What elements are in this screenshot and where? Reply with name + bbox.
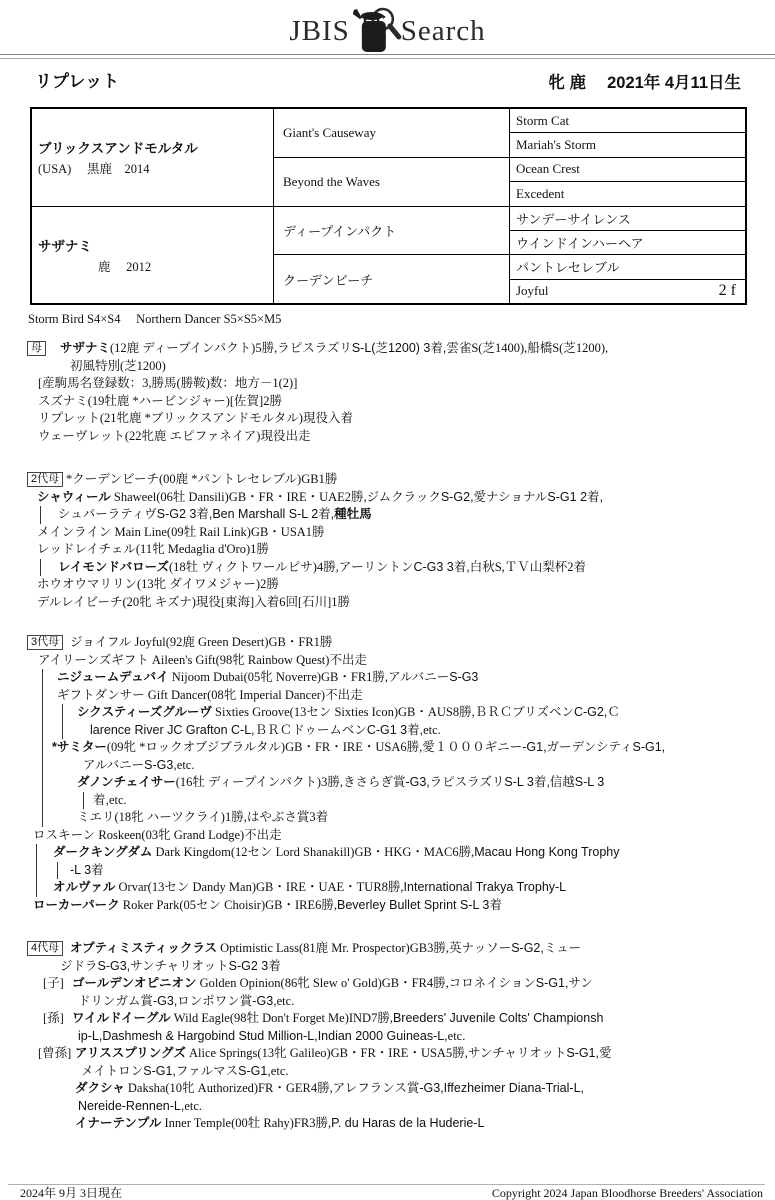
pedigree-line: ダクシャ Daksha(10牝 Authorized)FR・GER4勝,アレフラ… bbox=[0, 1080, 775, 1098]
tree-connector-bar bbox=[36, 862, 37, 880]
pedigree-text: ドリンガム賞-G3,ロンポワン賞-G3, bbox=[78, 994, 277, 1008]
pedigree-text: *クーデンビーチ(00鹿 *パントレセレブル)GB1勝 bbox=[66, 472, 337, 486]
pedigree-text: International Trakya Trophy-L bbox=[404, 880, 567, 894]
pedigree-line: ニジュームデュバイ Nijoom Dubai(05牝 Noverre)GB・FR… bbox=[0, 669, 775, 687]
pedigree-line: サザナミ(12鹿 ディープインパクト)5勝,ラピスラズリS-L(芝1200) 3… bbox=[0, 340, 775, 358]
pedigree-section: 2代母*クーデンビーチ(00鹿 *パントレセレブル)GB1勝シャウィール Sha… bbox=[0, 471, 775, 611]
tree-connector-bar bbox=[42, 687, 43, 705]
pedigree-text: Alice Springs(13牝 Galileo)GB・FR・IRE・USA5… bbox=[186, 1046, 468, 1060]
footer-rule bbox=[8, 1184, 765, 1185]
tree-connector-bar bbox=[42, 704, 43, 722]
pedigree-text: デルレイビーチ(20牝 キズナ)現役[東海]入着6回[石川]1勝 bbox=[37, 595, 350, 609]
pedigree-line: メインライン Main Line(09牡 Rail Link)GB・USA1勝 bbox=[0, 524, 775, 542]
pedigree-line: *サミター(09牝 *ロックオブジブラルタル)GB・FR・IRE・USA6勝,愛… bbox=[0, 739, 775, 757]
pedigree-line: [産駒馬名登録数：3,勝馬(勝鞍)数：地方－1(2)] bbox=[0, 375, 775, 393]
pedigree-text: Shaweel(06牡 Dansili)GB・FR・IRE・UAE2勝, bbox=[111, 490, 367, 504]
pedigree-text: ジドラS-G3,サンチャリオットS-G2 3着 bbox=[60, 959, 281, 973]
pedigree-text: アルバニーS-G3, bbox=[83, 758, 177, 772]
pedigree-line: オプティミスティックラス Optimistic Lass(81鹿 Mr. Pro… bbox=[0, 940, 775, 958]
pedigree-line: ジドラS-G3,サンチャリオットS-G2 3着 bbox=[0, 958, 775, 976]
pedigree-text: レッドレイチェル(11牝 Medaglia d'Oro)1勝 bbox=[37, 542, 269, 556]
pedigree-line: レイモンドバローズ(18牡 ヴィクトワールピサ)4勝,アーリントンC-G3 3着… bbox=[0, 559, 775, 577]
pedigree-line: デルレイビーチ(20牝 キズナ)現役[東海]入着6回[石川]1勝 bbox=[0, 594, 775, 612]
pedigree-line: -L 3着 bbox=[0, 862, 775, 880]
pedigree-section: 4代母オプティミスティックラス Optimistic Lass(81鹿 Mr. … bbox=[0, 940, 775, 1133]
pedigree-text: Nijoom Dubai(05牝 Noverre)GB・FR1勝, bbox=[169, 670, 388, 684]
tree-connector-bar bbox=[42, 774, 43, 792]
pedigree-text: アーリントンC-G3 3着, bbox=[339, 560, 470, 574]
horse-name-bold: *サミター bbox=[52, 740, 107, 754]
pedigree-line: オルヴァル Orvar(13セン Dandy Man)GB・IRE・UAE・TU… bbox=[0, 879, 775, 897]
pedigree-text: 雲雀S(芝1400),船橋S(芝1200), bbox=[446, 341, 608, 355]
pedigree-text: (12鹿 ディープインパクト)5勝, bbox=[110, 341, 277, 355]
horse-name-bold: アリススプリングズ bbox=[75, 1046, 186, 1060]
pedigree-line: ダークキングダム Dark Kingdom(12セン Lord Shanakil… bbox=[0, 844, 775, 862]
pedigree-sections: 母サザナミ(12鹿 ディープインパクト)5勝,ラピスラズリS-L(芝1200) … bbox=[0, 0, 775, 1200]
pedigree-line: シクスティーズグルーヴ Sixties Groove(13セン Sixties … bbox=[0, 704, 775, 722]
pedigree-line: ロスキーン Roskeen(03牝 Grand Lodge)不出走 bbox=[0, 827, 775, 845]
tree-connector-bar bbox=[57, 862, 58, 880]
pedigree-text: ウェーヴレット(22牝鹿 エピファネイア)現役出走 bbox=[38, 429, 310, 443]
pedigree-text: きさらぎ賞-G3,ラピスラズリS-L 3着,信越S-L 3 bbox=[343, 775, 604, 789]
pedigree-text: 初風特別(芝1200) bbox=[70, 359, 166, 373]
pedigree-line: ホウオウマリリン(13牝 ダイワメジャー)2勝 bbox=[0, 576, 775, 594]
pedigree-line: ip-L,Dashmesh & Hargobind Stud Million-L… bbox=[0, 1028, 775, 1046]
horse-name-bold: ゴールデンオピニオン bbox=[72, 976, 197, 990]
pedigree-text: コロネイションS-G1,サン bbox=[449, 976, 593, 990]
pedigree-line: アルバニーS-G3,etc. bbox=[0, 757, 775, 775]
pedigree-text: アレフランス賞-G3,Iffezheimer Diana-Trial-L, bbox=[333, 1081, 584, 1095]
pedigree-section: 3代母ジョイフル Joyful(92鹿 Green Desert)GB・FR1勝… bbox=[0, 634, 775, 914]
tree-connector-bar bbox=[62, 704, 63, 722]
pedigree-text: ip-L,Dashmesh & Hargobind Stud Million-L… bbox=[78, 1029, 448, 1043]
pedigree-text: Daksha(10牝 Authorized)FR・GER4勝, bbox=[125, 1081, 333, 1095]
pedigree-text: スズナミ(19牡鹿 *ハービンジャー)[佐賀]2勝 bbox=[38, 394, 282, 408]
tree-connector-bar bbox=[42, 792, 43, 810]
pedigree-text: (16牡 ディープインパクト)3勝, bbox=[176, 775, 343, 789]
pedigree-text: リプレット(21牝鹿 *ブリックスアンドモルタル)現役入着 bbox=[38, 411, 353, 425]
pedigree-line: レッドレイチェル(11牝 Medaglia d'Oro)1勝 bbox=[0, 541, 775, 559]
pedigree-text: ホウオウマリリン(13牝 ダイワメジャー)2勝 bbox=[37, 577, 279, 591]
pedigree-text: Nereide-Rennen-L, bbox=[78, 1099, 184, 1113]
horse-name-bold: サザナミ bbox=[60, 341, 110, 355]
pedigree-text: 愛１０００ギニー-G1,ガーデンシティS-G1, bbox=[422, 740, 665, 754]
horse-name-bold: ダクシャ bbox=[75, 1081, 125, 1095]
pedigree-line: larence River JC Grafton C-L,ＢＲＣドゥームベンC-… bbox=[0, 722, 775, 740]
pedigree-line: ミエリ(18牝 ハーツクライ)1勝,はやぶさ賞3着 bbox=[0, 809, 775, 827]
horse-name-bold: ローカーパーク bbox=[33, 898, 120, 912]
horse-name-bold: レイモンドバローズ bbox=[58, 560, 169, 574]
horse-name-bold: シャウィール bbox=[37, 490, 111, 504]
pedigree-text: Golden Opinion(86牝 Slew o' Gold)GB・FR4勝, bbox=[197, 976, 449, 990]
pedigree-text: サンチャリオットS-G1,愛 bbox=[468, 1046, 612, 1060]
pedigree-text: larence River JC Grafton C-L,ＢＲＣドゥームベンC-… bbox=[90, 723, 423, 737]
pedigree-text: Beverley Bullet Sprint S-L 3着 bbox=[337, 898, 502, 912]
pedigree-text: Macau Hong Kong Trophy bbox=[474, 845, 619, 859]
pedigree-line: ダノンチェイサー(16牡 ディープインパクト)3勝,きさらぎ賞-G3,ラピスラズ… bbox=[0, 774, 775, 792]
pedigree-text: Wild Eagle(98牡 Don't Forget Me)IND7勝, bbox=[171, 1011, 393, 1025]
pedigree-text: Inner Temple(00牡 Rahy)FR3勝, bbox=[161, 1116, 331, 1130]
pedigree-text: etc. bbox=[177, 758, 195, 772]
horse-name-bold: シクスティーズグルーヴ bbox=[77, 705, 212, 719]
pedigree-text: Sixties Groove(13セン Sixties Icon)GB・AUS8… bbox=[212, 705, 475, 719]
pedigree-text: etc. bbox=[423, 723, 441, 737]
pedigree-text: ＢＲＣブリズベンC-G2,Ｃ bbox=[475, 705, 620, 719]
pedigree-text: (09牝 *ロックオブジブラルタル)GB・FR・IRE・USA6勝, bbox=[107, 740, 422, 754]
pedigree-line: Nereide-Rennen-L,etc. bbox=[0, 1098, 775, 1116]
horse-name-bold: イナーテンプル bbox=[75, 1116, 161, 1130]
pedigree-text: [産駒馬名登録数：3,勝馬(勝鞍)数：地方－1(2)] bbox=[38, 376, 297, 390]
pedigree-line: ジョイフル Joyful(92鹿 Green Desert)GB・FR1勝 bbox=[0, 634, 775, 652]
tree-connector-bar bbox=[42, 809, 43, 827]
pedigree-line: シャウィール Shaweel(06牡 Dansili)GB・FR・IRE・UAE… bbox=[0, 489, 775, 507]
relation-label: [孫] bbox=[43, 1010, 72, 1028]
horse-name-bold: 種牡馬 bbox=[334, 507, 372, 521]
horse-name-bold: ダノンチェイサー bbox=[77, 775, 176, 789]
pedigree-line: ローカーパーク Roker Park(05セン Choisir)GB・IRE6勝… bbox=[0, 897, 775, 915]
pedigree-text: Dark Kingdom(12セン Lord Shanakill)GB・HKG・… bbox=[152, 845, 474, 859]
pedigree-text: etc. bbox=[277, 994, 295, 1008]
horse-name-bold: オプティミスティックラス bbox=[70, 941, 217, 955]
pedigree-line: *クーデンビーチ(00鹿 *パントレセレブル)GB1勝 bbox=[0, 471, 775, 489]
pedigree-text: (18牡 ヴィクトワールピサ)4勝, bbox=[169, 560, 339, 574]
pedigree-text: ジョイフル Joyful(92鹿 Green Desert)GB・FR1勝 bbox=[70, 635, 332, 649]
pedigree-section: 母サザナミ(12鹿 ディープインパクト)5勝,ラピスラズリS-L(芝1200) … bbox=[0, 340, 775, 445]
pedigree-line: [子]ゴールデンオピニオン Golden Opinion(86牝 Slew o'… bbox=[0, 975, 775, 993]
pedigree-line: [曾孫]アリススプリングズ Alice Springs(13牝 Galileo)… bbox=[0, 1045, 775, 1063]
horse-name-bold: ダークキングダム bbox=[53, 845, 152, 859]
pedigree-text: シュパーラティヴS-G2 3着,Ben Marshall S-L 2着, bbox=[58, 507, 334, 521]
horse-name-bold: ワイルドイーグル bbox=[72, 1011, 171, 1025]
pedigree-text: Roker Park(05セン Choisir)GB・IRE6勝, bbox=[120, 898, 337, 912]
pedigree-text: Breeders' Juvenile Colts' Championsh bbox=[393, 1011, 603, 1025]
pedigree-text: アイリーンズギフト Aileen's Gift(98牝 Rainbow Ques… bbox=[38, 653, 367, 667]
tree-connector-bar bbox=[62, 722, 63, 740]
pedigree-text: etc. bbox=[184, 1099, 202, 1113]
pedigree-text: メイトロンS-G1,ファルマスS-G1, bbox=[81, 1064, 271, 1078]
pedigree-line: ドリンガム賞-G3,ロンポワン賞-G3,etc. bbox=[0, 993, 775, 1011]
relation-label: [曾孫] bbox=[38, 1045, 75, 1063]
pedigree-line: イナーテンプル Inner Temple(00牡 Rahy)FR3勝,P. du… bbox=[0, 1115, 775, 1133]
pedigree-text: ジムクラックS-G2,愛ナショナルS-G1 2着, bbox=[367, 490, 603, 504]
pedigree-text: アルバニーS-G3 bbox=[388, 670, 478, 684]
pedigree-text: etc. bbox=[109, 793, 127, 807]
tree-connector-bar bbox=[36, 844, 37, 862]
horse-name-bold: ニジュームデュバイ bbox=[57, 670, 169, 684]
tree-connector-bar bbox=[42, 669, 43, 687]
tree-connector-bar bbox=[42, 757, 43, 775]
pedigree-text: ギフトダンサー Gift Dancer(08牝 Imperial Dancer)… bbox=[57, 688, 363, 702]
pedigree-text: Optimistic Lass(81鹿 Mr. Prospector)GB3勝, bbox=[217, 941, 449, 955]
pedigree-line: [孫]ワイルドイーグル Wild Eagle(98牡 Don't Forget … bbox=[0, 1010, 775, 1028]
tree-connector-bar bbox=[40, 506, 41, 524]
tree-connector-bar bbox=[42, 722, 43, 740]
tree-connector-bar bbox=[83, 792, 84, 810]
relation-label: [子] bbox=[43, 975, 72, 993]
pedigree-line: メイトロンS-G1,ファルマスS-G1,etc. bbox=[0, 1063, 775, 1081]
pedigree-line: アイリーンズギフト Aileen's Gift(98牝 Rainbow Ques… bbox=[0, 652, 775, 670]
pedigree-line: スズナミ(19牡鹿 *ハービンジャー)[佐賀]2勝 bbox=[0, 393, 775, 411]
pedigree-text: ミエリ(18牝 ハーツクライ)1勝,はやぶさ賞3着 bbox=[77, 810, 328, 824]
pedigree-text: etc. bbox=[448, 1029, 466, 1043]
pedigree-report-page: JBIS Search リプレット 牝 鹿 2021年 4月11日生 ブリックス… bbox=[0, 0, 775, 1200]
footer-copyright: Copyright 2024 Japan Bloodhorse Breeders… bbox=[492, 1187, 763, 1200]
pedigree-text: P. du Haras de la Huderie-L bbox=[331, 1116, 484, 1130]
pedigree-text: etc. bbox=[271, 1064, 289, 1078]
tree-connector-bar bbox=[42, 739, 43, 757]
pedigree-text: 着, bbox=[93, 793, 109, 807]
pedigree-line: 初風特別(芝1200) bbox=[0, 358, 775, 376]
pedigree-line: 着,etc. bbox=[0, 792, 775, 810]
pedigree-line: ギフトダンサー Gift Dancer(08牝 Imperial Dancer)… bbox=[0, 687, 775, 705]
pedigree-text: Orvar(13セン Dandy Man)GB・IRE・UAE・TUR8勝, bbox=[115, 880, 403, 894]
pedigree-text: メインライン Main Line(09牡 Rail Link)GB・USA1勝 bbox=[37, 525, 325, 539]
tree-connector-bar bbox=[36, 879, 37, 897]
pedigree-line: リプレット(21牝鹿 *ブリックスアンドモルタル)現役入着 bbox=[0, 410, 775, 428]
pedigree-line: ウェーヴレット(22牝鹿 エピファネイア)現役出走 bbox=[0, 428, 775, 446]
footer-as-of-date: 2024年 9月 3日現在 bbox=[20, 1187, 122, 1200]
horse-name-bold: オルヴァル bbox=[53, 880, 115, 894]
pedigree-text: ラピスラズリS-L(芝1200) 3着, bbox=[277, 341, 446, 355]
pedigree-text: 英ナッソーS-G2,ミュー bbox=[449, 941, 581, 955]
pedigree-text: 白秋S,ＴＶ山梨杯2着 bbox=[470, 560, 586, 574]
pedigree-text: ロスキーン Roskeen(03牝 Grand Lodge)不出走 bbox=[33, 828, 282, 842]
pedigree-line: シュパーラティヴS-G2 3着,Ben Marshall S-L 2着,種牡馬 bbox=[0, 506, 775, 524]
pedigree-text: -L 3着 bbox=[70, 863, 104, 877]
tree-connector-bar bbox=[40, 559, 41, 577]
